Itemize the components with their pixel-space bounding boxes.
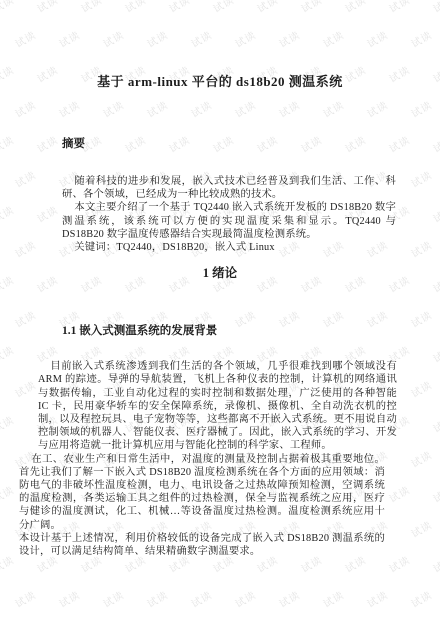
watermark: 试读 (100, 587, 127, 611)
section-body-block: 在工、农业生产和日常生活中，对温度的测量及控制占据着极其重要地位。首先让我们了解… (19, 453, 385, 559)
chapter-heading: 1 绪论 (0, 263, 440, 281)
section-heading: 1.1 嵌入式测温系统的发展背景 (62, 322, 440, 338)
section-body-block: 目前嵌入式系统渗透到我们生活的各个领域，几乎很难找到哪个领域没有 ARM 的踪迹… (38, 360, 397, 452)
watermark: 试读 (56, 587, 83, 611)
body-paragraph: 在工、农业生产和日常生活中，对温度的测量及控制占据着极其重要地位。首先让我们了解… (19, 453, 385, 532)
abstract-heading: 摘要 (62, 135, 440, 151)
body-paragraph: 目前嵌入式系统渗透到我们生活的各个领域，几乎很难找到哪个领域没有 ARM 的踪迹… (38, 360, 397, 452)
document-page: 试读试读试读试读试读试读试读试读试读试读试读试读试读试读试读试读试读试读试读试读… (0, 0, 440, 620)
body-paragraph: 本设计基于上述情况，利用价格较低的设备完成了嵌入式 DS18B20 测温系统的设… (19, 532, 385, 558)
watermark: 试读 (232, 587, 259, 611)
watermark: 试读 (408, 587, 435, 611)
abstract-paragraph: 本文主要介绍了一个基于 TQ2440 嵌入式系统开发板的 DS18B20 数字测… (62, 201, 396, 241)
watermark: 试读 (276, 587, 303, 611)
watermark: 试读 (12, 587, 39, 611)
document-content: 基于 arm-linux 平台的 ds18b20 测温系统 摘要 随着科技的进步… (0, 0, 440, 558)
watermark: 试读 (188, 587, 215, 611)
watermark: 试读 (144, 587, 171, 611)
abstract-paragraph: 随着科技的进步和发展，嵌入式技术已经普及到我们生活、工作、科研、各个领域，已经成… (62, 175, 396, 201)
document-title: 基于 arm-linux 平台的 ds18b20 测温系统 (0, 71, 440, 90)
watermark: 试读 (364, 587, 391, 611)
abstract-body: 随着科技的进步和发展，嵌入式技术已经普及到我们生活、工作、科研、各个领域，已经成… (62, 175, 396, 254)
keywords-line: 关键词：TQ2440，DS18B20，嵌入式 Linux (62, 241, 396, 254)
watermark: 试读 (320, 587, 347, 611)
